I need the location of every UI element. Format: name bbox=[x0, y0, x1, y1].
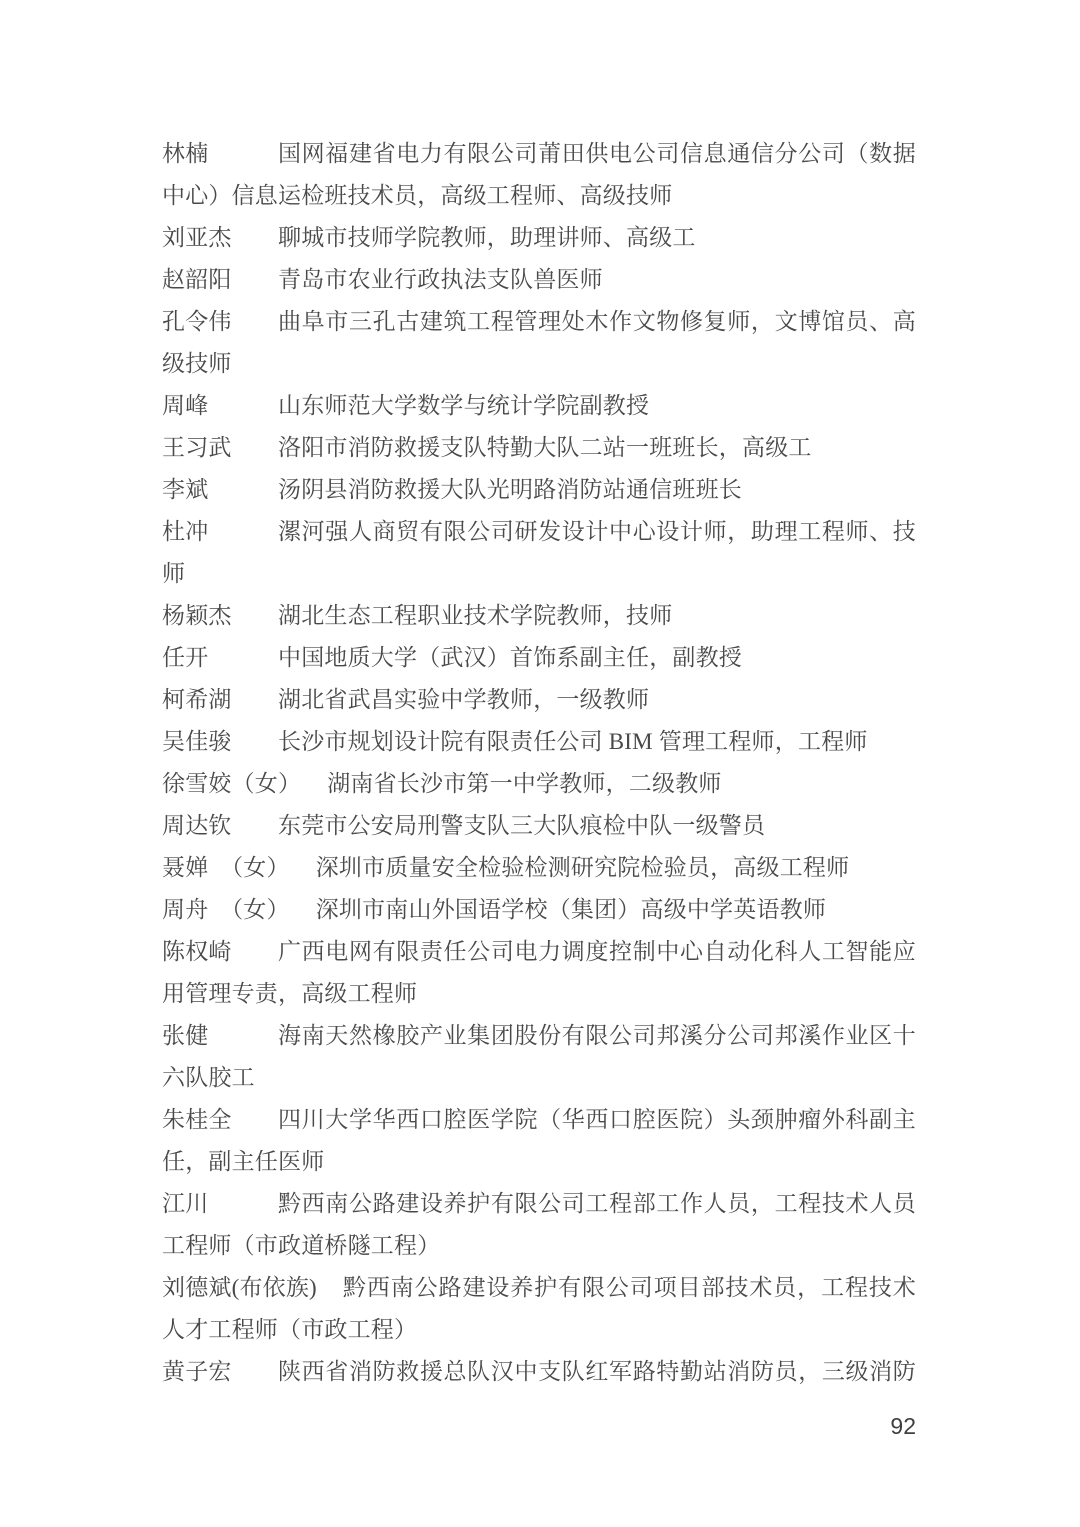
person-affiliation: 聊城市技师学院教师，助理讲师、高级工 bbox=[278, 217, 916, 259]
list-line: 周达钦 东莞市公安局刑警支队三大队痕检中队一级警员 bbox=[162, 805, 916, 847]
person-name: 陈权崎 bbox=[162, 931, 278, 973]
person-affiliation: 广西电网有限责任公司电力调度控制中心自动化科人工智能应 bbox=[278, 931, 916, 973]
list-line: 江川 黔西南公路建设养护有限公司工程部工作人员，工程技术人员 bbox=[162, 1183, 916, 1225]
person-name: 周达钦 bbox=[162, 805, 278, 847]
person-name: 赵韶阳 bbox=[162, 259, 278, 301]
list-line: 黄子宏 陕西省消防救援总队汉中支队红军路特勤站消防员，三级消防 bbox=[162, 1351, 916, 1393]
person-name: 张健 bbox=[162, 1015, 278, 1057]
list-line: 张健 海南天然橡胶产业集团股份有限公司邦溪分公司邦溪作业区十 bbox=[162, 1015, 916, 1057]
list-line: 用管理专责，高级工程师 bbox=[162, 973, 916, 1015]
person-affiliation: 湖北省武昌实验中学教师，一级教师 bbox=[278, 679, 916, 721]
person-name: 黄子宏 bbox=[162, 1351, 278, 1393]
person-affiliation: 山东师范大学数学与统计学院副教授 bbox=[278, 385, 916, 427]
document-page: 林楠 国网福建省电力有限公司莆田供电公司信息通信分公司（数据 中心）信息运检班技… bbox=[0, 0, 1080, 1527]
list-line: 六队胶工 bbox=[162, 1057, 916, 1099]
person-affiliation: 任，副主任医师 bbox=[162, 1141, 916, 1183]
person-affiliation: 青岛市农业行政执法支队兽医师 bbox=[278, 259, 916, 301]
person-name: 刘亚杰 bbox=[162, 217, 278, 259]
person-affiliation: 工程师（市政道桥隧工程） bbox=[162, 1225, 916, 1267]
list-line: 师 bbox=[162, 553, 916, 595]
person-name: 徐雪姣（女） bbox=[162, 763, 301, 805]
person-affiliation: 陕西省消防救援总队汉中支队红军路特勤站消防员，三级消防 bbox=[278, 1351, 916, 1393]
person-name: 孔令伟 bbox=[162, 301, 278, 343]
person-affiliation: 东莞市公安局刑警支队三大队痕检中队一级警员 bbox=[278, 805, 916, 847]
person-affiliation: 师 bbox=[162, 553, 916, 595]
list-line: 陈权崎 广西电网有限责任公司电力调度控制中心自动化科人工智能应 bbox=[162, 931, 916, 973]
list-line: 工程师（市政道桥隧工程） bbox=[162, 1225, 916, 1267]
person-affiliation: 长沙市规划设计院有限责任公司 BIM 管理工程师，工程师 bbox=[278, 721, 916, 763]
person-name: 杨颖杰 bbox=[162, 595, 278, 637]
list-line: 赵韶阳 青岛市农业行政执法支队兽医师 bbox=[162, 259, 916, 301]
person-name: 周舟 （女） bbox=[162, 889, 290, 931]
list-line: 孔令伟 曲阜市三孔古建筑工程管理处木作文物修复师，文博馆员、高 bbox=[162, 301, 916, 343]
person-name: 刘德斌(布依族) bbox=[162, 1267, 317, 1309]
list-line: 级技师 bbox=[162, 343, 916, 385]
person-affiliation: 湖南省长沙市第一中学教师，二级教师 bbox=[327, 763, 916, 805]
list-line: 聂婵 （女） 深圳市质量安全检验检测研究院检验员，高级工程师 bbox=[162, 847, 916, 889]
list-line: 任开 中国地质大学（武汉）首饰系副主任，副教授 bbox=[162, 637, 916, 679]
list-line: 徐雪姣（女） 湖南省长沙市第一中学教师，二级教师 bbox=[162, 763, 916, 805]
person-affiliation: 黔西南公路建设养护有限公司工程部工作人员，工程技术人员 bbox=[278, 1183, 916, 1225]
page-number: 92 bbox=[162, 1412, 916, 1440]
list-line: 刘亚杰 聊城市技师学院教师，助理讲师、高级工 bbox=[162, 217, 916, 259]
person-affiliation: 四川大学华西口腔医学院（华西口腔医院）头颈肿瘤外科副主 bbox=[278, 1099, 916, 1141]
person-affiliation: 洛阳市消防救援支队特勤大队二站一班班长，高级工 bbox=[278, 427, 916, 469]
list-line: 周峰 山东师范大学数学与统计学院副教授 bbox=[162, 385, 916, 427]
person-affiliation: 曲阜市三孔古建筑工程管理处木作文物修复师，文博馆员、高 bbox=[278, 301, 916, 343]
person-affiliation: 漯河强人商贸有限公司研发设计中心设计师，助理工程师、技 bbox=[278, 511, 916, 553]
list-line: 柯希湖 湖北省武昌实验中学教师，一级教师 bbox=[162, 679, 916, 721]
list-line: 王习武 洛阳市消防救援支队特勤大队二站一班班长，高级工 bbox=[162, 427, 916, 469]
list-line: 朱桂全 四川大学华西口腔医学院（华西口腔医院）头颈肿瘤外科副主 bbox=[162, 1099, 916, 1141]
person-name: 江川 bbox=[162, 1183, 278, 1225]
person-affiliation: 黔西南公路建设养护有限公司项目部技术员，工程技术 bbox=[343, 1267, 916, 1309]
person-affiliation: 深圳市质量安全检验检测研究院检验员，高级工程师 bbox=[316, 847, 916, 889]
list-line: 中心）信息运检班技术员，高级工程师、高级技师 bbox=[162, 175, 916, 217]
person-name: 周峰 bbox=[162, 385, 278, 427]
person-affiliation: 深圳市南山外国语学校（集团）高级中学英语教师 bbox=[316, 889, 916, 931]
list-line: 李斌 汤阴县消防救援大队光明路消防站通信班班长 bbox=[162, 469, 916, 511]
person-name: 杜冲 bbox=[162, 511, 278, 553]
list-line: 杨颖杰 湖北生态工程职业技术学院教师，技师 bbox=[162, 595, 916, 637]
person-affiliation: 汤阴县消防救援大队光明路消防站通信班班长 bbox=[278, 469, 916, 511]
list-line: 刘德斌(布依族) 黔西南公路建设养护有限公司项目部技术员，工程技术 bbox=[162, 1267, 916, 1309]
person-name: 朱桂全 bbox=[162, 1099, 278, 1141]
person-affiliation: 人才工程师（市政工程） bbox=[162, 1309, 916, 1351]
list-line: 吴佳骏 长沙市规划设计院有限责任公司 BIM 管理工程师，工程师 bbox=[162, 721, 916, 763]
list-line: 人才工程师（市政工程） bbox=[162, 1309, 916, 1351]
list-line: 周舟 （女） 深圳市南山外国语学校（集团）高级中学英语教师 bbox=[162, 889, 916, 931]
list-line: 杜冲 漯河强人商贸有限公司研发设计中心设计师，助理工程师、技 bbox=[162, 511, 916, 553]
person-affiliation: 中国地质大学（武汉）首饰系副主任，副教授 bbox=[278, 637, 916, 679]
person-affiliation: 用管理专责，高级工程师 bbox=[162, 973, 916, 1015]
person-affiliation: 中心）信息运检班技术员，高级工程师、高级技师 bbox=[162, 175, 916, 217]
person-affiliation: 六队胶工 bbox=[162, 1057, 916, 1099]
person-name: 任开 bbox=[162, 637, 278, 679]
person-name: 林楠 bbox=[162, 133, 278, 175]
list-line: 林楠 国网福建省电力有限公司莆田供电公司信息通信分公司（数据 bbox=[162, 133, 916, 175]
person-affiliation: 国网福建省电力有限公司莆田供电公司信息通信分公司（数据 bbox=[278, 133, 916, 175]
person-affiliation: 湖北生态工程职业技术学院教师，技师 bbox=[278, 595, 916, 637]
person-name: 聂婵 （女） bbox=[162, 847, 290, 889]
person-name: 柯希湖 bbox=[162, 679, 278, 721]
person-affiliation: 级技师 bbox=[162, 343, 916, 385]
honor-roll-list: 林楠 国网福建省电力有限公司莆田供电公司信息通信分公司（数据 中心）信息运检班技… bbox=[162, 133, 916, 1393]
person-name: 王习武 bbox=[162, 427, 278, 469]
person-name: 吴佳骏 bbox=[162, 721, 278, 763]
person-name: 李斌 bbox=[162, 469, 278, 511]
person-affiliation: 海南天然橡胶产业集团股份有限公司邦溪分公司邦溪作业区十 bbox=[278, 1015, 916, 1057]
list-line: 任，副主任医师 bbox=[162, 1141, 916, 1183]
